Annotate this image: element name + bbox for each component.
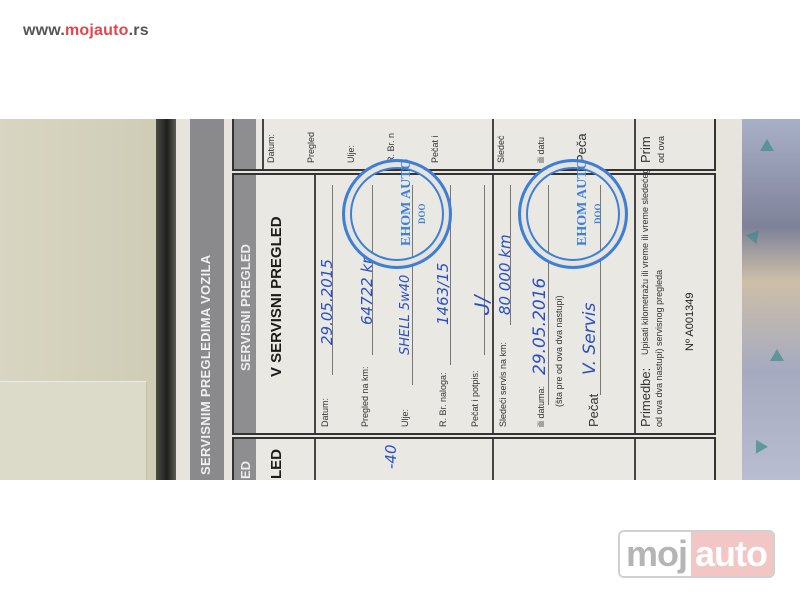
label-primedbe: Prim xyxy=(638,136,653,163)
signature: ᒍ/ xyxy=(470,296,494,315)
book-title: SERVISNIM PREGLEDIMA VOZILA xyxy=(198,255,213,475)
partial-handwritten: -40 xyxy=(382,445,400,470)
mojauto-watermark-logo: mojauto xyxy=(618,530,775,578)
star-pattern-icon xyxy=(746,226,764,244)
field-label-nalog: R. Br. naloga: xyxy=(438,372,448,427)
fabric-background xyxy=(740,119,800,480)
site-url[interactable]: www.mojauto.rs xyxy=(23,22,149,40)
serial-number: Nº A001349 xyxy=(684,293,696,351)
value-stamp: V. Servis xyxy=(580,303,600,375)
label-pregled: Pregled xyxy=(306,132,316,163)
field-label-km: Pregled na km: xyxy=(360,366,370,427)
star-pattern-icon xyxy=(760,139,774,151)
listing-photo[interactable]: SERVISNIM PREGLEDIMA VOZILA Datum: Pregl… xyxy=(0,119,800,480)
stamp-type: DOO xyxy=(593,203,603,224)
value-next-date: 29.05.2016 xyxy=(530,278,550,375)
remarks-text: Upisati kilometražu ili vreme ili vreme … xyxy=(640,168,650,355)
field-label-pecat: Pečat i potpis: xyxy=(470,370,480,427)
panel-header-title: SERVISNI PREGLED xyxy=(238,244,253,371)
logo-part-auto: auto xyxy=(691,532,773,576)
value-datum: 29.05.2015 xyxy=(318,259,336,345)
stamp-type: DOO xyxy=(417,203,427,224)
url-suffix: .rs xyxy=(129,22,149,39)
label-next-date: ili datuma: xyxy=(536,386,546,427)
panel-header xyxy=(234,119,256,169)
service-entry-panel: SERVISNI PREGLED V SERVISNI PREGLED Datu… xyxy=(232,173,716,435)
company-stamp-icon: EHOM AUTO DOO xyxy=(518,159,628,269)
next-entry-panel: ED LED -40 re xyxy=(232,437,716,480)
url-brand: mojauto xyxy=(65,22,129,39)
value-next-km: 80 000 km xyxy=(496,234,514,315)
url-prefix: www. xyxy=(23,22,65,39)
remarks-title: Primedbe: xyxy=(638,368,653,427)
entry-title: V SERVISNI PREGLED xyxy=(268,216,285,377)
star-pattern-icon xyxy=(750,436,768,453)
label-sledeci: Sledeć xyxy=(496,135,506,163)
company-stamp-icon: EHOM AUTO DOO xyxy=(342,159,452,269)
label-ili-datuma: ili datu xyxy=(536,137,546,163)
star-pattern-icon xyxy=(770,349,784,361)
logo-part-moj: moj xyxy=(620,532,691,576)
field-label-datum: Datum: xyxy=(320,398,330,427)
stamp-name: EHOM AUTO xyxy=(399,159,415,246)
field-label-ulje: Ulje: xyxy=(400,409,410,427)
stamp-name: EHOM AUTO xyxy=(575,159,591,246)
label-pecat-potpis: Pečat i xyxy=(430,135,440,163)
label-datum: Datum: xyxy=(266,134,276,163)
remarks-text-2: od ova dva nastupi) servisnog pregleda xyxy=(654,270,664,427)
service-book-page: SERVISNIM PREGLEDIMA VOZILA Datum: Pregl… xyxy=(176,119,742,480)
envelope xyxy=(0,381,147,480)
book-spine-shadow xyxy=(156,119,178,480)
previous-entry-panel: Datum: Pregled Ulje: R. Br. n Pečat i Sl… xyxy=(232,119,716,171)
label-next-km: Sledeći servis na km: xyxy=(498,342,508,427)
value-nalog: 1463/15 xyxy=(434,263,452,325)
label-od-ova: od ova xyxy=(656,136,666,163)
label-stamp: Pečat xyxy=(586,394,601,427)
label-ulje: Ulje: xyxy=(346,145,356,163)
value-ulje: SHELL 5w40 xyxy=(398,275,413,355)
note-whichever-first: (šta pre od ova dva nastupi) xyxy=(554,295,564,407)
partial-header: ED xyxy=(238,461,253,479)
partial-title: LED xyxy=(268,449,285,479)
